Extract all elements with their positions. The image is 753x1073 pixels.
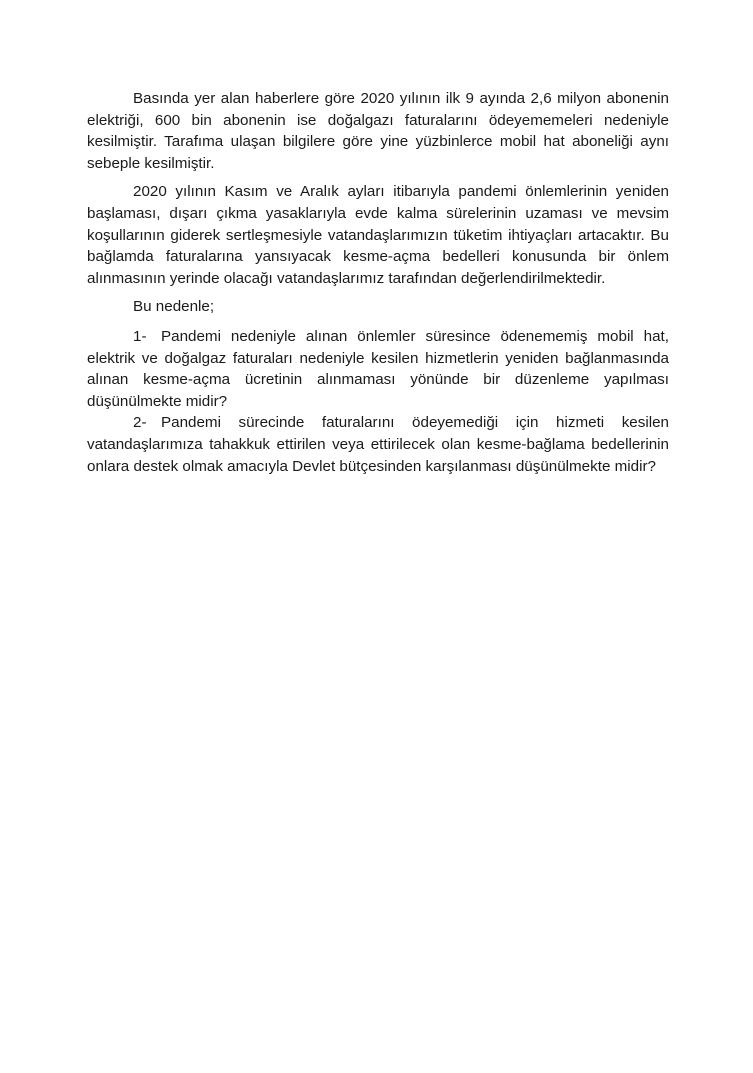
- question-number: 2-: [133, 412, 161, 434]
- paragraph-therefore: Bu nedenle;: [87, 296, 669, 318]
- question-item-1: 1-Pandemi nedeniyle alınan önlemler süre…: [87, 326, 669, 412]
- question-text: Pandemi sürecinde faturalarını ödeyemedi…: [87, 414, 669, 474]
- paragraph-press-reports: Basında yer alan haberlere göre 2020 yıl…: [87, 88, 669, 174]
- question-number: 1-: [133, 326, 161, 348]
- paragraph-pandemic-measures: 2020 yılının Kasım ve Aralık ayları itib…: [87, 181, 669, 289]
- document-page: Basında yer alan haberlere göre 2020 yıl…: [87, 88, 669, 477]
- question-text: Pandemi nedeniyle alınan önlemler süresi…: [87, 328, 669, 410]
- question-item-2: 2-Pandemi sürecinde faturalarını ödeyeme…: [87, 412, 669, 477]
